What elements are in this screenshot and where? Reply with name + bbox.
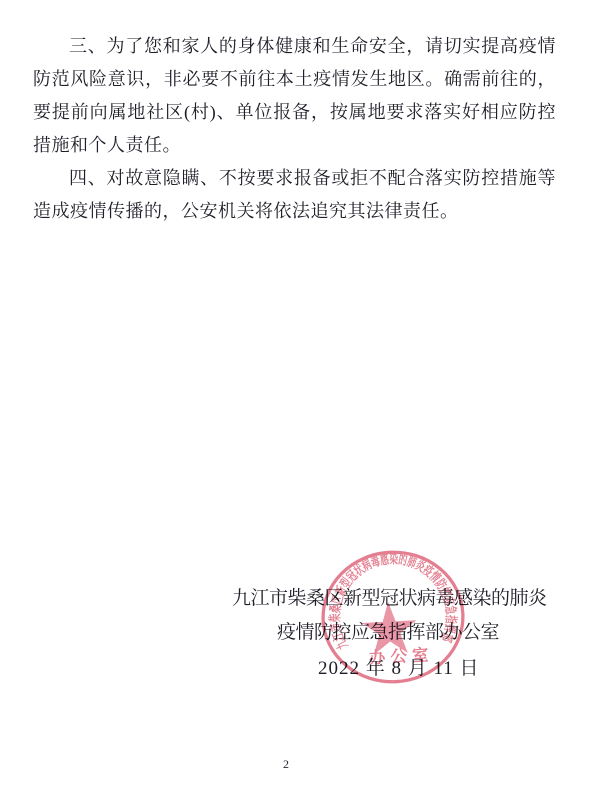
- page-number: 2: [283, 757, 289, 772]
- official-seal: 九江市柴桑区新型冠状病毒感染的肺炎疫情防控应急指挥部 办公室: [317, 545, 470, 688]
- paragraph-item-3: 三、为了您和家人的身体健康和生命安全，请切实提高疫情防范风险意识，非必要不前往本…: [33, 30, 556, 162]
- document-page: 三、为了您和家人的身体健康和生命安全，请切实提高疫情防范风险意识，非必要不前往本…: [0, 0, 600, 793]
- document-body: 三、为了您和家人的身体健康和生命安全，请切实提高疫情防范风险意识，非必要不前往本…: [33, 30, 556, 228]
- paragraph-item-4: 四、对故意隐瞒、不按要求报备或拒不配合落实防控措施等造成疫情传播的，公安机关将依…: [33, 162, 556, 228]
- seal-office-text: 办公室: [368, 645, 434, 667]
